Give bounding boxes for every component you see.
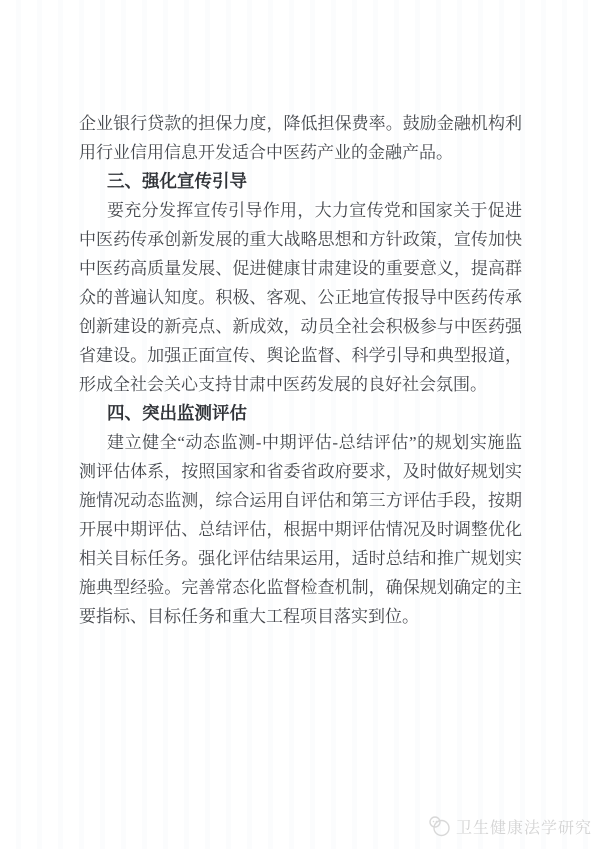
- watermark: 卫生健康法学研究: [427, 814, 592, 838]
- account-logo-icon: [427, 814, 451, 838]
- document-page: 企业银行贷款的担保力度，降低担保费率。鼓励金融机构利用行业信用信息开发适合中医药…: [0, 0, 600, 849]
- paragraph: 企业银行贷款的担保力度，降低担保费率。鼓励金融机构利用行业信用信息开发适合中医药…: [79, 109, 522, 167]
- watermark-label: 卫生健康法学研究: [456, 815, 592, 838]
- paragraph: 建立健全“动态监测-中期评估-总结评估”的规划实施监测评估体系，按照国家和省委省…: [79, 428, 522, 631]
- document-content: 企业银行贷款的担保力度，降低担保费率。鼓励金融机构利用行业信用信息开发适合中医药…: [79, 109, 522, 631]
- paragraph: 要充分发挥宣传引导作用，大力宣传党和国家关于促进中医药传承创新发展的重大战略思想…: [79, 196, 522, 399]
- section-heading-4: 四、突出监测评估: [79, 399, 522, 428]
- section-heading-3: 三、强化宣传引导: [79, 167, 522, 196]
